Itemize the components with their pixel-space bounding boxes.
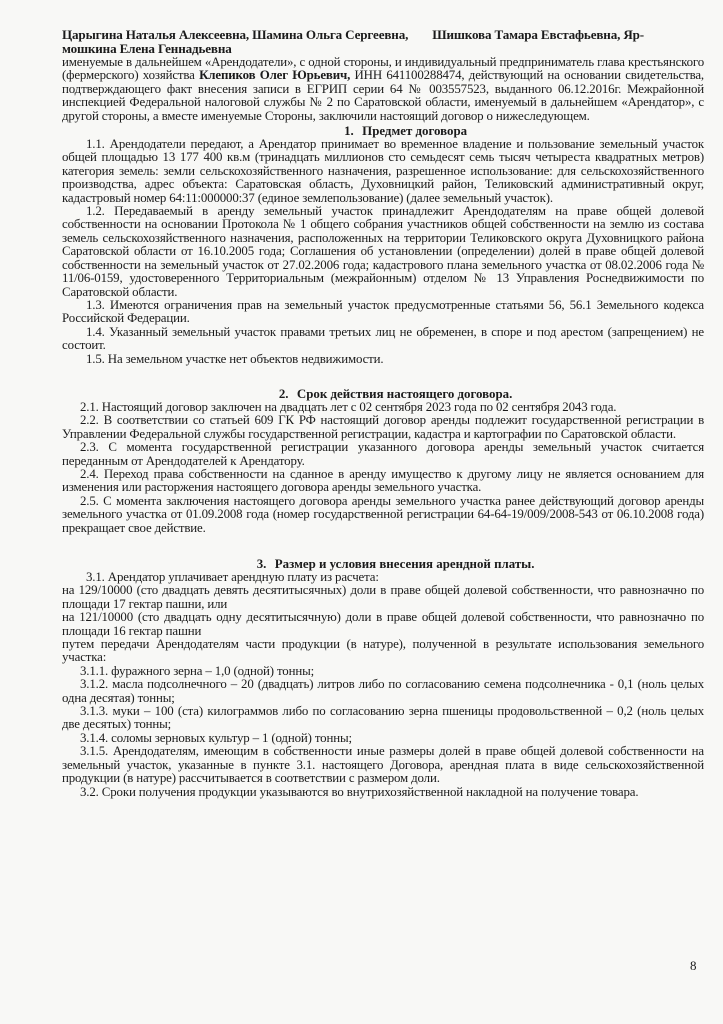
preamble: именуемые в дальнейшем «Арендодатели», с… (62, 56, 704, 123)
clause-1-3: 1.3. Имеются ограничения прав на земельн… (62, 299, 704, 326)
page-number: 8 (690, 958, 697, 974)
clause-2-5: 2.5. С момента заключения настоящего дог… (62, 495, 704, 535)
clause-2-3: 2.3. С момента государственной регистрац… (62, 441, 704, 468)
clause-1-1: 1.1. Арендодатели передают, а Арендатор … (62, 138, 704, 205)
clause-3-2: 3.2. Сроки получения продукции указывают… (62, 786, 704, 799)
section-title: Срок действия настоящего договора. (297, 387, 512, 401)
clause-1-2: 1.2. Передаваемый в аренду земельный уча… (62, 205, 704, 299)
clause-2-2: 2.2. В соответствии со статьей 609 ГК РФ… (62, 414, 704, 441)
section-title: Размер и условия внесения арендной платы… (275, 557, 535, 571)
lessors-names-part2: Шишкова Тамара Евстафьевна, Яр- (432, 27, 644, 42)
payment-method: путем передачи Арендодателям части проду… (62, 638, 704, 665)
section-3-heading: 3. Размер и условия внесения арендной пл… (62, 557, 704, 571)
section-2-heading: 2. Срок действия настоящего договора. (62, 387, 704, 401)
section-title: Предмет договора (362, 124, 467, 138)
clause-3-1-5: 3.1.5. Арендодателям, имеющим в собствен… (62, 745, 704, 785)
tenant-name: Клепиков Олег Юрьевич, (199, 68, 350, 82)
lessors-names-part1: Царыгина Наталья Алексеевна, Шамина Ольг… (62, 27, 408, 42)
clause-3-1: 3.1. Арендатор уплачивает арендную плату… (62, 571, 704, 584)
document-page: Царыгина Наталья Алексеевна, Шамина Ольг… (62, 28, 704, 799)
lessors-names-part3: мошкина Елена Геннадьевна (62, 41, 232, 56)
lessors-names: Царыгина Наталья Алексеевна, Шамина Ольг… (62, 28, 704, 56)
share-option-2: на 121/10000 (сто двадцать одну десятиты… (62, 611, 704, 638)
clause-3-1-4: 3.1.4. соломы зерновых культур – 1 (одно… (62, 732, 704, 745)
clause-3-1-1: 3.1.1. фуражного зерна – 1,0 (одной) тон… (62, 665, 704, 678)
share-option-1: на 129/10000 (сто двадцать девять десяти… (62, 584, 704, 611)
section-number: 1. (339, 124, 359, 138)
clause-3-1-2: 3.1.2. масла подсолнечного – 20 (двадцат… (62, 678, 704, 705)
section-number: 2. (274, 387, 294, 401)
section-1-heading: 1. Предмет договора (62, 124, 704, 138)
clause-2-4: 2.4. Переход права собственности на сдан… (62, 468, 704, 495)
clause-1-5: 1.5. На земельном участке нет объектов н… (62, 353, 704, 366)
clause-2-1: 2.1. Настоящий договор заключен на двадц… (62, 401, 704, 414)
clause-1-4: 1.4. Указанный земельный участок правами… (62, 326, 704, 353)
clause-3-1-3: 3.1.3. муки – 100 (ста) килограммов либо… (62, 705, 704, 732)
section-number: 3. (252, 557, 272, 571)
